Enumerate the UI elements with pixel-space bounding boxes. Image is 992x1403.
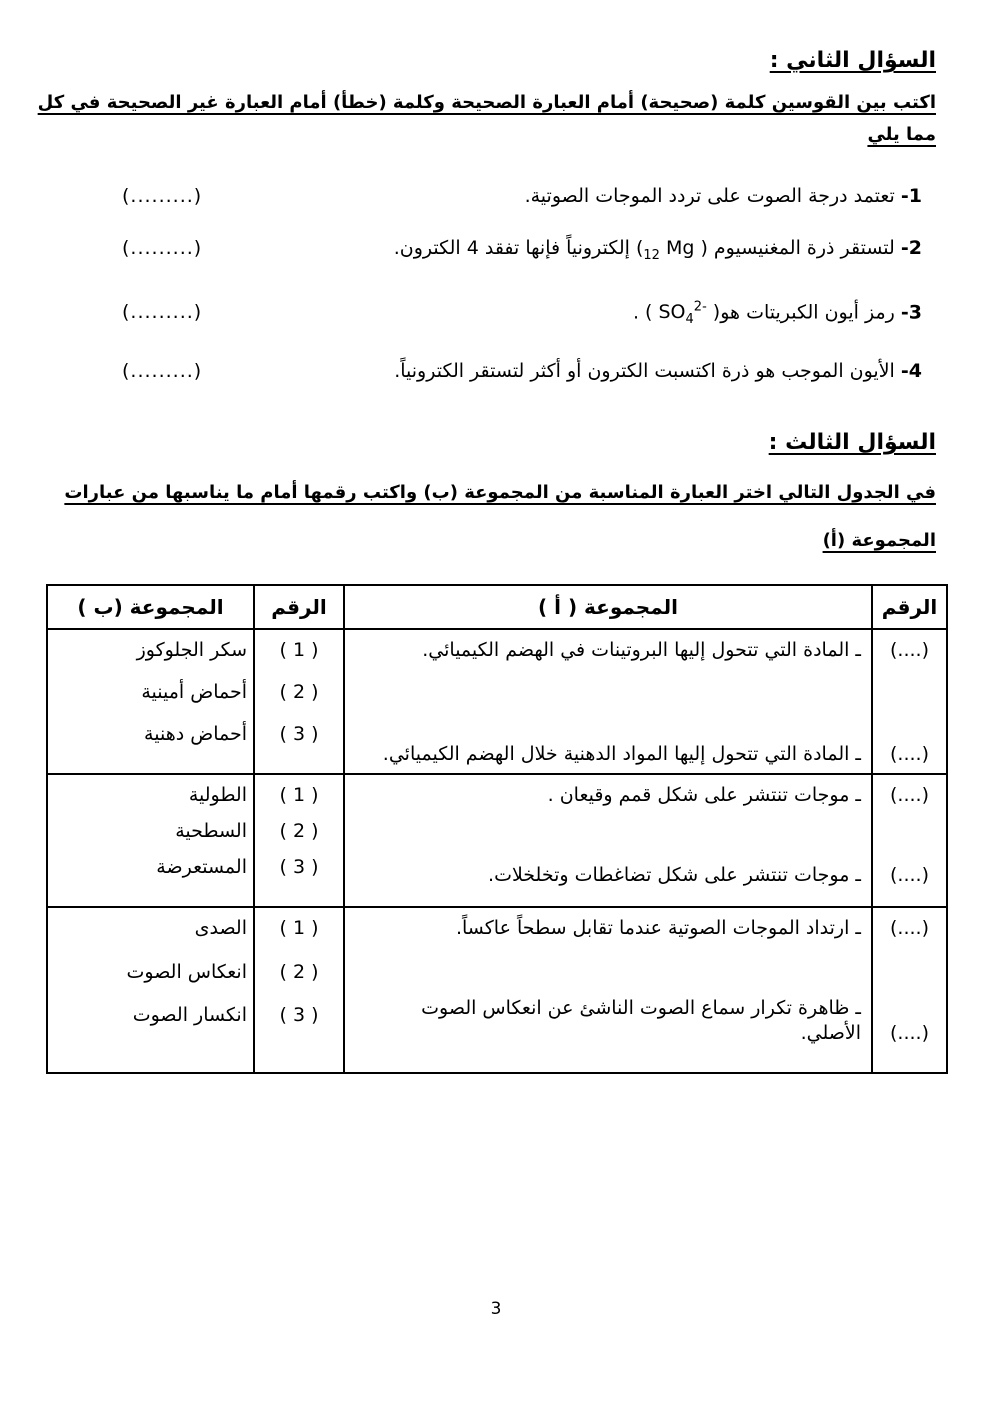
table-row: (....) (....) ـ موجات تنتشر على شكل قمم … [47,774,947,907]
group-b-option: انكسار الصوت [54,1003,247,1028]
question3-instruction-line2: المجموعة (أ) [30,517,936,565]
group-a-statement: ـ موجات تنتشر على شكل قمم وقيعان . [355,783,861,808]
statement-3-number: 3- [901,301,922,323]
group-b-option: سكر الجلوكوز [54,638,247,663]
group-b-option: الطولية [54,783,247,808]
question3-instruction: في الجدول التالي اختر العبارة المناسبة م… [30,469,936,564]
header-number-a: الرقم [872,585,947,629]
group-b-option: السطحية [54,819,247,844]
group-a-statement: ـ ارتداد الموجات الصوتية عندما تقابل سطح… [355,916,861,941]
statement-4-body: الأيون الموجب هو ذرة اكتسبت الكترون أو أ… [394,360,895,382]
matching-table: الرقم المجموعة ( أ ) الرقم المجموعة (ب )… [46,584,948,1074]
question-2-section: السؤال الثاني : اكتب بين القوسين كلمة (ص… [30,48,936,384]
worksheet-page: السؤال الثاني : اكتب بين القوسين كلمة (ص… [0,0,992,1403]
page-number: 3 [491,1299,502,1319]
answer-blank-3[interactable]: (.........) [122,300,202,325]
statement-2-body-post: إلكترونياً فإنها تفقد 4 الكترون. [394,237,630,259]
table-row: (....) (....) ـ المادة التي تتحول إليها … [47,629,947,774]
header-number-b: الرقم [254,585,344,629]
group-b-cell: الصدى انعكاس الصوت انكسار الصوت [47,907,254,1073]
group-a-cell: ـ المادة التي تتحول إليها البروتينات في … [344,629,872,774]
magnesium-formula: (12 Mg ) [636,237,708,259]
question2-items: 1- تعتمد درجة الصوت على تردد الموجات الص… [30,184,922,384]
group-b-number-cell: ( 1 ) ( 2 ) ( 3 ) [254,629,344,774]
table-header-row: الرقم المجموعة ( أ ) الرقم المجموعة (ب ) [47,585,947,629]
statement-2-number: 2- [901,237,922,259]
formula-open-paren: ( [645,301,658,323]
statement-4-number: 4- [901,360,922,382]
group-b-option: أحماض أمينية [54,680,247,705]
statement-4-text: 4- الأيون الموجب هو ذرة اكتسبت الكترون أ… [394,359,922,384]
group-a-cell: ـ موجات تنتشر على شكل قمم وقيعان . ـ موج… [344,774,872,907]
statement-item-1: 1- تعتمد درجة الصوت على تردد الموجات الص… [30,184,922,209]
statement-1-text: 1- تعتمد درجة الصوت على تردد الموجات الص… [525,184,922,209]
option-number: ( 3 ) [257,1003,341,1028]
group-a-statement: ـ موجات تنتشر على شكل تضاغطات وتخلخلات. [355,863,861,888]
question2-title: السؤال الثاني : [30,48,936,73]
group-a-statement: ـ المادة التي تتحول إليها البروتينات في … [355,638,861,663]
answer-blank[interactable]: (....) [875,1021,944,1046]
answer-blank-2[interactable]: (.........) [122,236,202,261]
answer-blank[interactable]: (....) [875,638,944,663]
statement-item-4: 4- الأيون الموجب هو ذرة اكتسبت الكترون أ… [30,359,922,384]
group-a-cell: ـ ارتداد الموجات الصوتية عندما تقابل سطح… [344,907,872,1073]
group-b-cell: الطولية السطحية المستعرضة [47,774,254,907]
formula-symbol: Mg [660,237,695,259]
statement-1-body: تعتمد درجة الصوت على تردد الموجات الصوتي… [525,185,895,207]
question3-instruction-line1: في الجدول التالي اختر العبارة المناسبة م… [30,469,936,517]
question-3-section: السؤال الثالث : في الجدول التالي اختر ال… [30,430,936,1074]
statement-2-body-pre: لتستقر ذرة المغنيسيوم [714,237,895,259]
formula-symbol: SO [659,301,686,323]
group-a-statement: ـ المادة التي تتحول إليها المواد الدهنية… [355,742,861,767]
answer-blank[interactable]: (....) [875,916,944,941]
option-number: ( 2 ) [257,960,341,985]
group-a-statement: ـ ظاهرة تكرار سماع الصوت الناشئ عن انعكا… [355,996,861,1046]
group-b-option: انعكاس الصوت [54,960,247,985]
statement-item-3: 3- رمز أيون الكبريتات هو( SO42- ) . (...… [30,295,922,332]
question2-instruction: اكتب بين القوسين كلمة (صحيحة) أمام العبا… [30,87,936,150]
group-a-number-cell: (....) (....) [872,629,947,774]
formula-subscript: 12 [643,248,660,263]
answer-blank-1[interactable]: (.........) [122,184,202,209]
answer-blank[interactable]: (....) [875,742,944,767]
statement-3-text: 3- رمز أيون الكبريتات هو( SO42- ) . [633,295,922,332]
group-b-cell: سكر الجلوكوز أحماض أمينية أحماض دهنية [47,629,254,774]
sulfate-formula: ( SO42- ) [645,301,720,323]
answer-blank-4[interactable]: (.........) [122,359,202,384]
option-number: ( 2 ) [257,819,341,844]
option-number: ( 3 ) [257,855,341,880]
option-number: ( 1 ) [257,638,341,663]
group-b-option: أحماض دهنية [54,722,247,747]
group-b-number-cell: ( 1 ) ( 2 ) ( 3 ) [254,907,344,1073]
statement-2-text: 2- لتستقر ذرة المغنيسيوم (12 Mg ) إلكترو… [394,236,922,268]
option-number: ( 1 ) [257,783,341,808]
statement-3-body-post: . [633,301,639,323]
header-group-a: المجموعة ( أ ) [344,585,872,629]
formula-close-paren: ) [707,301,720,323]
formula-subscript: 4 [686,312,694,327]
statement-3-body-pre: رمز أيون الكبريتات هو [720,301,895,323]
table-row: (....) (....) ـ ارتداد الموجات الصوتية ع… [47,907,947,1073]
option-number: ( 3 ) [257,722,341,747]
answer-blank[interactable]: (....) [875,783,944,808]
option-number: ( 1 ) [257,916,341,941]
option-number: ( 2 ) [257,680,341,705]
statement-item-2: 2- لتستقر ذرة المغنيسيوم (12 Mg ) إلكترو… [30,236,922,268]
group-b-option: الصدى [54,916,247,941]
group-a-number-cell: (....) (....) [872,907,947,1073]
formula-superscript: 2- [694,300,707,315]
formula-close-paren: ) [694,237,707,259]
header-group-b: المجموعة (ب ) [47,585,254,629]
question3-title: السؤال الثالث : [30,430,936,455]
group-b-option: المستعرضة [54,855,247,880]
statement-1-number: 1- [901,185,922,207]
answer-blank[interactable]: (....) [875,863,944,888]
group-a-number-cell: (....) (....) [872,774,947,907]
group-b-number-cell: ( 1 ) ( 2 ) ( 3 ) [254,774,344,907]
